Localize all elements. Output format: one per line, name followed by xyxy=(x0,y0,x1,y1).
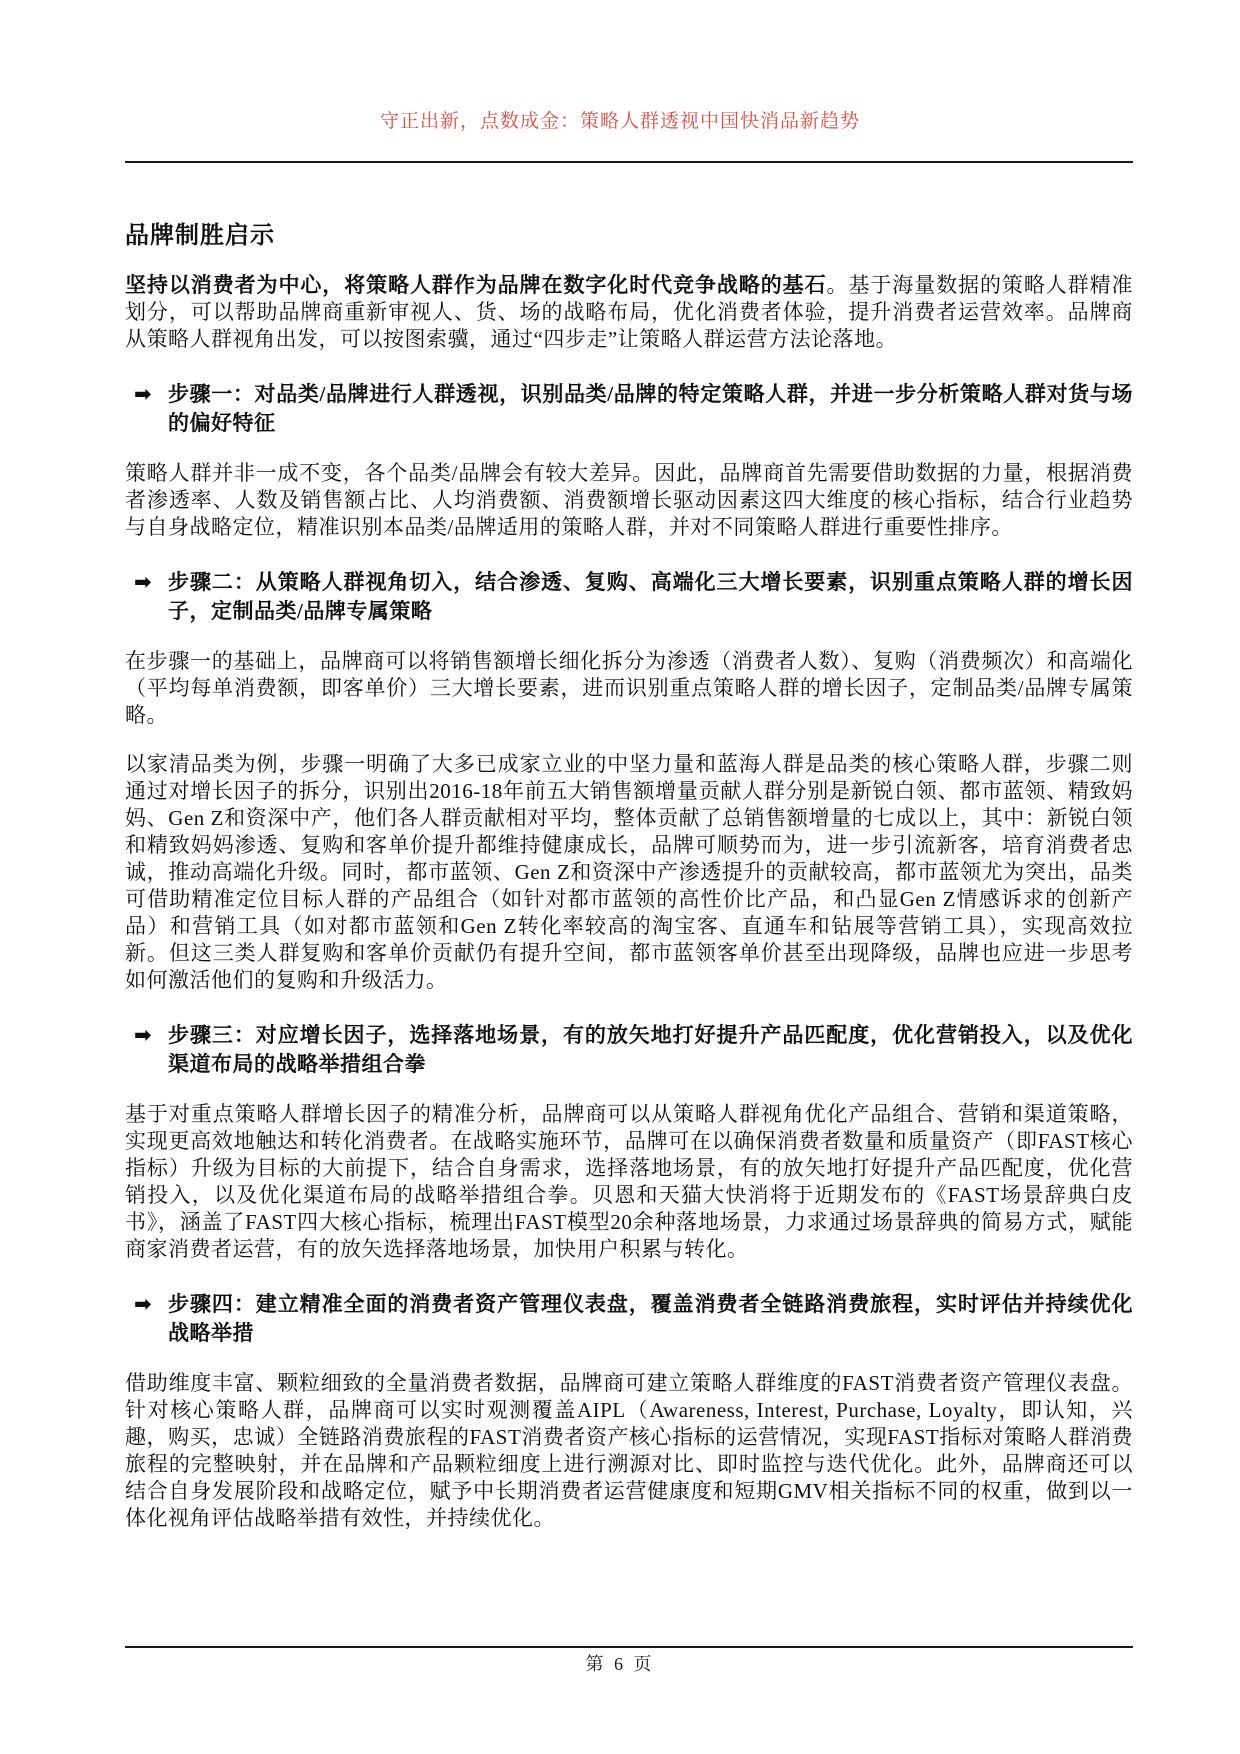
step-1-heading-text: 步骤一：对品类/品牌进行人群透视，识别品类/品牌的特定策略人群，并进一步分析策略… xyxy=(168,380,1133,438)
header-divider xyxy=(125,161,1133,163)
footer-divider xyxy=(125,1646,1133,1648)
intro-lead-sentence: 坚持以消费者为中心，将策略人群作为品牌在数字化时代竞争战略的基石 xyxy=(125,273,827,297)
step-4-paragraph: 借助维度丰富、颗粒细致的全量消费者数据，品牌商可建立策略人群维度的FAST消费者… xyxy=(125,1370,1133,1532)
step-2-heading-text: 步骤二：从策略人群视角切入，结合渗透、复购、高端化三大增长要素，识别重点策略人群… xyxy=(168,568,1133,626)
document-page: 守正出新，点数成金：策略人群透视中国快消品新趋势 品牌制胜启示 坚持以消费者为中… xyxy=(0,0,1240,1754)
step-2-paragraph-1: 在步骤一的基础上，品牌商可以将销售额增长细化拆分为渗透（消费者人数）、复购（消费… xyxy=(125,648,1133,729)
step-1-heading: ➡ 步骤一：对品类/品牌进行人群透视，识别品类/品牌的特定策略人群，并进一步分析… xyxy=(125,380,1133,438)
page-number: 第 6 页 xyxy=(0,1650,1240,1676)
right-arrow-icon: ➡ xyxy=(134,380,168,409)
step-3-paragraph: 基于对重点策略人群增长因子的精准分析，品牌商可以从策略人群视角优化产品组合、营销… xyxy=(125,1101,1133,1263)
step-2-paragraph-2: 以家清品类为例，步骤一明确了大多已成家立业的中坚力量和蓝海人群是品类的核心策略人… xyxy=(125,751,1133,994)
step-3-heading-text: 步骤三：对应增长因子，选择落地场景，有的放矢地打好提升产品匹配度，优化营销投入，… xyxy=(168,1021,1133,1079)
step-1-paragraph: 策略人群并非一成不变，各个品类/品牌会有较大差异。因此，品牌商首先需要借助数据的… xyxy=(125,460,1133,541)
running-header-title: 守正出新，点数成金：策略人群透视中国快消品新趋势 xyxy=(0,0,1240,133)
step-3-heading: ➡ 步骤三：对应增长因子，选择落地场景，有的放矢地打好提升产品匹配度，优化营销投… xyxy=(125,1021,1133,1079)
intro-paragraph: 坚持以消费者为中心，将策略人群作为品牌在数字化时代竞争战略的基石。基于海量数据的… xyxy=(125,272,1133,353)
right-arrow-icon: ➡ xyxy=(134,1021,168,1050)
step-2-heading: ➡ 步骤二：从策略人群视角切入，结合渗透、复购、高端化三大增长要素，识别重点策略… xyxy=(125,568,1133,626)
right-arrow-icon: ➡ xyxy=(134,568,168,597)
page-content: 品牌制胜启示 坚持以消费者为中心，将策略人群作为品牌在数字化时代竞争战略的基石。… xyxy=(0,215,1240,1532)
step-4-heading: ➡ 步骤四：建立精准全面的消费者资产管理仪表盘，覆盖消费者全链路消费旅程，实时评… xyxy=(125,1290,1133,1348)
step-4-heading-text: 步骤四：建立精准全面的消费者资产管理仪表盘，覆盖消费者全链路消费旅程，实时评估并… xyxy=(168,1290,1133,1348)
right-arrow-icon: ➡ xyxy=(134,1290,168,1319)
section-title: 品牌制胜启示 xyxy=(125,215,1133,250)
